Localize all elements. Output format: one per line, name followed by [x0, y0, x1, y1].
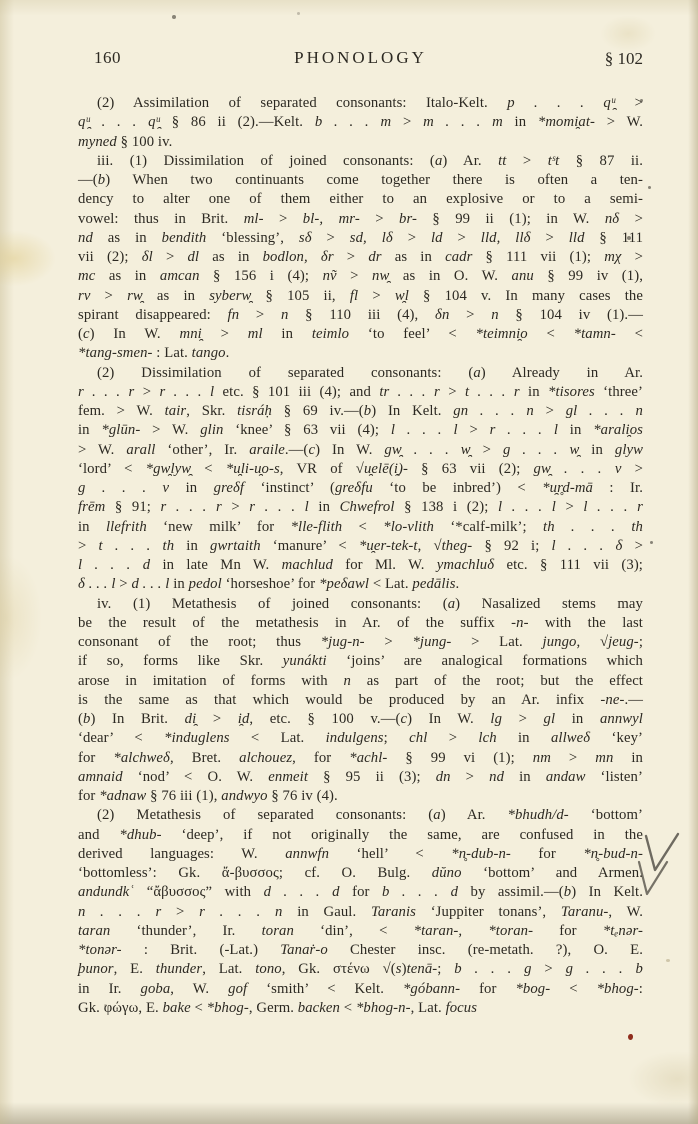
paragraph-iii-dissimilation-joined-consonants: iii. (1) Dissimilation of joined consona…	[78, 152, 643, 364]
text-line: in Ir. goba, W. gof ‘smith’ < Kelt. *gób…	[78, 980, 643, 999]
section-reference: § 102	[605, 49, 643, 69]
text-line: and *dhub- ‘deep’, if not originally the…	[78, 826, 643, 845]
page-number: 160	[94, 48, 121, 68]
text-line: (2) Dissimilation of separated consonant…	[78, 364, 643, 383]
pencil-checkmarks-icon	[632, 832, 684, 902]
text-line: iv. (1) Metathesis of joined consonants:…	[78, 595, 643, 614]
text-line: consonant of the root; thus *jug-n- > *j…	[78, 633, 643, 652]
text-line: (b) In Brit. di̯ > i̯d, etc. § 100 v.—(c…	[78, 710, 643, 729]
text-line: þunor, E. thunder, Lat. tono, Gk. στένω …	[78, 960, 643, 979]
text-line: frēm § 91; r . . . r > r . . . l in Chwe…	[78, 498, 643, 517]
text-line: be the result of the metathesis in Ar. o…	[78, 614, 643, 633]
text-line: —(b) When two continuants come together …	[78, 171, 643, 190]
text-line: fem. > W. tair, Skr. tisráḥ § 69 iv.—(b)…	[78, 402, 643, 421]
text-line: *tang-smen- : Lat. tango.	[78, 344, 643, 363]
text-line: andundkʿ “ἄβυσσος” with d . . . d for b …	[78, 883, 643, 902]
paper-speck	[650, 541, 653, 544]
paper-speck	[640, 99, 643, 102]
text-line: vii (2); δl > dl as in bodlon, δr > dr a…	[78, 248, 643, 267]
text-line: (2) Metathesis of separated consonants: …	[78, 806, 643, 825]
text-line: n . . . r > r . . . n in Gaul. Taranis ‘…	[78, 903, 643, 922]
paragraph-iv-metathesis-joined-consonants: iv. (1) Metathesis of joined consonants:…	[78, 595, 643, 807]
text-line: ‘bottomless’: Gk. ἄ-βυσσος; cf. O. Bulg.…	[78, 864, 643, 883]
paper-speck	[648, 186, 651, 189]
paragraph-assimilation-separated-consonants: (2) Assimilation of separated consonants…	[78, 94, 643, 152]
paragraph-metathesis-separated-consonants: (2) Metathesis of separated consonants: …	[78, 806, 643, 1018]
text-line: derived languages: W. annwfn ‘hell’ < *n…	[78, 845, 643, 864]
paper-speck	[627, 236, 631, 240]
text-block: (2) Assimilation of separated consonants…	[78, 94, 643, 1018]
text-line: > W. arall ‘other’, Ir. araile.—(c) In W…	[78, 441, 643, 460]
text-line: ‘dear’ < *induglens < Lat. indulgens; ch…	[78, 729, 643, 748]
paper-speck	[666, 959, 670, 962]
text-line: iii. (1) Dissimilation of joined consona…	[78, 152, 643, 171]
text-line: nd as in bendith ‘blessing’, sδ > sd, lδ…	[78, 229, 643, 248]
paper-speck	[104, 1004, 107, 1007]
text-line: vowel: thus in Brit. ml- > bl-, mr- > br…	[78, 210, 643, 229]
text-line: ‘lord’ < *gw̯lyw̯ < *u̯li-u̯o-s, VR of √…	[78, 460, 643, 479]
red-speck	[628, 1034, 633, 1040]
text-line: g . . . v in greδf ‘instinct’ (greδfu ‘t…	[78, 479, 643, 498]
text-line: arose in imitation of forms with n as pa…	[78, 672, 643, 691]
text-line: if so, forms like Skr. yunákti ‘joins’ a…	[78, 652, 643, 671]
paper-speck	[172, 15, 176, 19]
text-line: is the same as that which would be produ…	[78, 691, 643, 710]
text-line: (2) Assimilation of separated consonants…	[78, 94, 643, 113]
text-line: for *alchweδ, Bret. alchouez, for *achl-…	[78, 749, 643, 768]
paragraph-dissimilation-separated-consonants: (2) Dissimilation of separated consonant…	[78, 364, 643, 595]
text-line: taran ‘thunder’, Ir. toran ‘din’, < *tar…	[78, 922, 643, 941]
text-line: δ . . . l > d . . . l in pedol ‘horsesho…	[78, 575, 643, 594]
running-title: PHONOLOGY	[294, 48, 427, 68]
text-line: r . . . r > r . . . l etc. § 101 iii (4)…	[78, 383, 643, 402]
book-page-scan: 160 PHONOLOGY § 102 (2) Assimilation of …	[0, 0, 698, 1124]
text-line: *tonər- : Brit. (-Lat.) Tanaṙ-o Chester …	[78, 941, 643, 960]
text-line: in *glūn- > W. glin ‘knee’ § 63 vii (4);…	[78, 421, 643, 440]
paper-speck	[297, 12, 300, 15]
text-line: amnaid ‘nod’ < O. W. enmeit § 95 ii (3);…	[78, 768, 643, 787]
text-line: (c) In W. mni̯ > ml in teimlo ‘to feel’ …	[78, 325, 643, 344]
text-line: l . . . d in late Mn W. machlud for Ml. …	[78, 556, 643, 575]
text-line: spirant disappeared: fn > n § 110 iii (4…	[78, 306, 643, 325]
page-header: 160 PHONOLOGY § 102	[78, 48, 643, 72]
text-line: qᵘ̯ . . . qᵘ̯ § 86 ii (2).—Kelt. b . . .…	[78, 113, 643, 132]
text-line: rv > rw̯ as in syberw̯ § 105 ii, fl > w̯…	[78, 287, 643, 306]
text-line: dency to alter one of them either to an …	[78, 190, 643, 209]
text-line: in llefrith ‘new milk’ for *lle-flith < …	[78, 518, 643, 537]
text-line: for *adnaw § 76 iii (1), andwyo § 76 iv …	[78, 787, 643, 806]
text-line: > t . . . th in gwrtaith ‘manure’ < *u̯e…	[78, 537, 643, 556]
text-line: Gk. φώγω, E. bake < *bhog-, Germ. backen…	[78, 999, 643, 1018]
text-line: myned § 100 iv.	[78, 133, 643, 152]
text-line: mc as in amcan § 156 i (4); nṽ > nw̯ as …	[78, 267, 643, 286]
